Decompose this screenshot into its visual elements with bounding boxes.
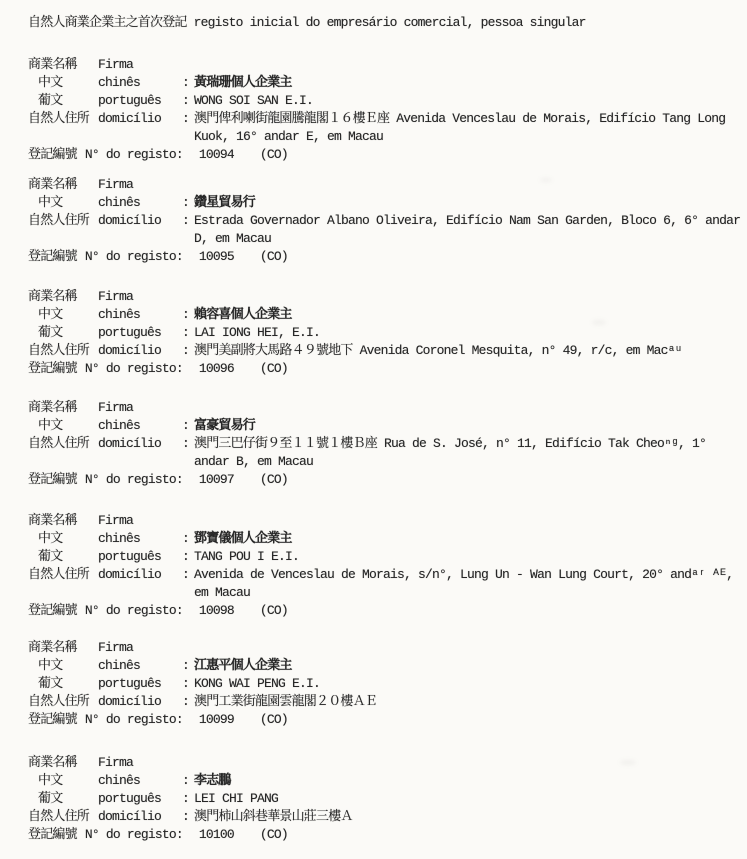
- colon: :: [182, 657, 194, 675]
- registry-number: 10097: [199, 471, 234, 489]
- chinese-label-pt: chinês: [98, 74, 182, 92]
- colon: :: [182, 212, 194, 230]
- registry-note: (CO): [260, 471, 288, 489]
- domicile-value: 澳門美副將大馬路４９號地下 Avenida Coronel Mesquita, …: [194, 342, 747, 360]
- registration-record: 商業名稱 Firma 中文 chinês : 江惠平個人企業主 葡文 portu…: [28, 639, 747, 729]
- colon: :: [182, 74, 194, 92]
- domicile-row: 自然人住所 domicílio : 澳門俾利喇街龍園騰龍閣１６樓Ｅ座 Aveni…: [28, 110, 747, 146]
- portuguese-name-value: KONG WAI PENG E.I.: [194, 675, 747, 693]
- business-name-label-zh: 商業名稱: [28, 754, 98, 772]
- domicile-row: 自然人住所 domicílio : 澳門美副將大馬路４９號地下 Avenida …: [28, 342, 747, 360]
- portuguese-name-row: 葡文 português : KONG WAI PENG E.I.: [28, 675, 747, 693]
- registry-label-pt: N° do registo:: [85, 711, 183, 729]
- portuguese-label-zh: 葡文: [28, 548, 98, 566]
- colon: :: [182, 417, 194, 435]
- registry-label-zh: 登記編號: [28, 711, 77, 729]
- domicile-label-zh: 自然人住所: [28, 212, 98, 230]
- colon: :: [182, 92, 194, 110]
- colon: :: [182, 110, 194, 128]
- domicile-label-zh: 自然人住所: [28, 110, 98, 128]
- domicile-value: 澳門俾利喇街龍園騰龍閣１６樓Ｅ座 Avenida Venceslau de Mo…: [194, 110, 747, 146]
- records-list: 商業名稱 Firma 中文 chinês : 黃瑞珊個人企業主 葡文 portu…: [28, 56, 747, 844]
- chinese-name-value: 黃瑞珊個人企業主: [194, 74, 747, 92]
- registry-label-zh: 登記編號: [28, 360, 77, 378]
- colon: :: [182, 693, 194, 711]
- chinese-name-row: 中文 chinês : 江惠平個人企業主: [28, 657, 747, 675]
- gazette-page: 自然人商業企業主之首次登記 registo inicial do empresá…: [0, 0, 747, 859]
- registry-row: 登記編號 N° do registo: 10096 (CO): [28, 360, 747, 378]
- portuguese-name-value: WONG SOI SAN E.I.: [194, 92, 747, 110]
- chinese-name-row: 中文 chinês : 鑽星貿易行: [28, 194, 747, 212]
- registration-record: 商業名稱 Firma 中文 chinês : 鄧寶儀個人企業主 葡文 portu…: [28, 512, 747, 620]
- domicile-label-pt: domicílio: [98, 808, 182, 826]
- domicile-value: Estrada Governador Albano Oliveira, Edif…: [194, 212, 747, 248]
- registry-number: 10099: [199, 711, 234, 729]
- domicile-row: 自然人住所 domicílio : Estrada Governador Alb…: [28, 212, 747, 248]
- colon: :: [182, 324, 194, 342]
- chinese-label-pt: chinês: [98, 417, 182, 435]
- registry-label-zh: 登記編號: [28, 471, 77, 489]
- colon: :: [182, 808, 194, 826]
- business-name-row: 商業名稱 Firma: [28, 288, 747, 306]
- chinese-name-row: 中文 chinês : 李志鵬: [28, 772, 747, 790]
- chinese-label-pt: chinês: [98, 772, 182, 790]
- domicile-value: 澳門工業街龍園雲龍閣２０樓ＡＥ: [194, 693, 747, 711]
- page-title: 自然人商業企業主之首次登記 registo inicial do empresá…: [28, 14, 747, 32]
- business-name-label-pt: Firma: [98, 754, 182, 772]
- chinese-name-value: 李志鵬: [194, 772, 747, 790]
- registry-label-pt: N° do registo:: [85, 360, 183, 378]
- registry-number: 10094: [199, 146, 234, 164]
- domicile-row: 自然人住所 domicílio : 澳門工業街龍園雲龍閣２０樓ＡＥ: [28, 693, 747, 711]
- domicile-label-zh: 自然人住所: [28, 693, 98, 711]
- chinese-label-zh: 中文: [28, 74, 98, 92]
- business-name-row: 商業名稱 Firma: [28, 512, 747, 530]
- registry-label-zh: 登記編號: [28, 826, 77, 844]
- chinese-name-row: 中文 chinês : 黃瑞珊個人企業主: [28, 74, 747, 92]
- chinese-label-zh: 中文: [28, 194, 98, 212]
- business-name-label-pt: Firma: [98, 56, 182, 74]
- registry-note: (CO): [260, 602, 288, 620]
- business-name-row: 商業名稱 Firma: [28, 56, 747, 74]
- registry-note: (CO): [260, 248, 288, 266]
- registry-label-pt: N° do registo:: [85, 471, 183, 489]
- portuguese-name-row: 葡文 português : WONG SOI SAN E.I.: [28, 92, 747, 110]
- business-name-label-zh: 商業名稱: [28, 56, 98, 74]
- domicile-value: 澳門三巴仔街９至１１號１樓Ｂ座 Rua de S. José, n° 11, E…: [194, 435, 747, 471]
- chinese-name-value: 鑽星貿易行: [194, 194, 747, 212]
- chinese-name-value: 富豪貿易行: [194, 417, 747, 435]
- registry-label-zh: 登記編號: [28, 248, 77, 266]
- portuguese-label-pt: português: [98, 548, 182, 566]
- registry-number: 10100: [199, 826, 234, 844]
- domicile-label-zh: 自然人住所: [28, 808, 98, 826]
- domicile-label-zh: 自然人住所: [28, 566, 98, 584]
- registry-note: (CO): [260, 146, 288, 164]
- chinese-name-row: 中文 chinês : 富豪貿易行: [28, 417, 747, 435]
- business-name-label-pt: Firma: [98, 176, 182, 194]
- registry-label-pt: N° do registo:: [85, 146, 183, 164]
- portuguese-name-value: LEI CHI PANG: [194, 790, 747, 808]
- business-name-label-zh: 商業名稱: [28, 399, 98, 417]
- business-name-label-pt: Firma: [98, 399, 182, 417]
- chinese-name-value: 賴容喜個人企業主: [194, 306, 747, 324]
- colon: :: [182, 566, 194, 584]
- registry-label-zh: 登記編號: [28, 602, 77, 620]
- portuguese-name-row: 葡文 português : TANG POU I E.I.: [28, 548, 747, 566]
- domicile-value: Avenida de Venceslau de Morais, s/n°, Lu…: [194, 566, 747, 602]
- registry-number: 10096: [199, 360, 234, 378]
- portuguese-label-pt: português: [98, 675, 182, 693]
- portuguese-label-pt: português: [98, 92, 182, 110]
- chinese-name-row: 中文 chinês : 鄧寶儀個人企業主: [28, 530, 747, 548]
- portuguese-label-zh: 葡文: [28, 790, 98, 808]
- registry-number: 10095: [199, 248, 234, 266]
- chinese-label-pt: chinês: [98, 530, 182, 548]
- chinese-label-zh: 中文: [28, 530, 98, 548]
- registry-label-pt: N° do registo:: [85, 248, 183, 266]
- registry-row: 登記編號 N° do registo: 10094 (CO): [28, 146, 747, 164]
- business-name-row: 商業名稱 Firma: [28, 176, 747, 194]
- business-name-row: 商業名稱 Firma: [28, 399, 747, 417]
- colon: :: [182, 675, 194, 693]
- domicile-label-pt: domicílio: [98, 212, 182, 230]
- registration-record: 商業名稱 Firma 中文 chinês : 黃瑞珊個人企業主 葡文 portu…: [28, 56, 747, 164]
- chinese-label-zh: 中文: [28, 657, 98, 675]
- domicile-row: 自然人住所 domicílio : 澳門三巴仔街９至１１號１樓Ｂ座 Rua de…: [28, 435, 747, 471]
- colon: :: [182, 435, 194, 453]
- domicile-label-pt: domicílio: [98, 566, 182, 584]
- registration-record: 商業名稱 Firma 中文 chinês : 鑽星貿易行 自然人住所 domic…: [28, 176, 747, 266]
- domicile-label-zh: 自然人住所: [28, 342, 98, 360]
- chinese-label-zh: 中文: [28, 306, 98, 324]
- business-name-label-pt: Firma: [98, 639, 182, 657]
- business-name-label-zh: 商業名稱: [28, 639, 98, 657]
- chinese-name-value: 鄧寶儀個人企業主: [194, 530, 747, 548]
- colon: :: [182, 342, 194, 360]
- portuguese-label-zh: 葡文: [28, 675, 98, 693]
- portuguese-name-value: TANG POU I E.I.: [194, 548, 747, 566]
- registration-record: 商業名稱 Firma 中文 chinês : 富豪貿易行 自然人住所 domic…: [28, 399, 747, 489]
- chinese-label-pt: chinês: [98, 306, 182, 324]
- registry-row: 登記編號 N° do registo: 10097 (CO): [28, 471, 747, 489]
- domicile-label-pt: domicílio: [98, 693, 182, 711]
- domicile-label-zh: 自然人住所: [28, 435, 98, 453]
- registry-number: 10098: [199, 602, 234, 620]
- colon: :: [182, 530, 194, 548]
- colon: :: [182, 548, 194, 566]
- domicile-label-pt: domicílio: [98, 342, 182, 360]
- registry-row: 登記編號 N° do registo: 10098 (CO): [28, 602, 747, 620]
- portuguese-name-row: 葡文 português : LAI IONG HEI, E.I.: [28, 324, 747, 342]
- registry-label-pt: N° do registo:: [85, 602, 183, 620]
- colon: :: [182, 772, 194, 790]
- registry-row: 登記編號 N° do registo: 10099 (CO): [28, 711, 747, 729]
- business-name-row: 商業名稱 Firma: [28, 754, 747, 772]
- domicile-row: 自然人住所 domicílio : 澳門柿山斜巷華景山莊三樓Ａ: [28, 808, 747, 826]
- registry-note: (CO): [260, 360, 288, 378]
- colon: :: [182, 306, 194, 324]
- chinese-label-zh: 中文: [28, 772, 98, 790]
- domicile-value: 澳門柿山斜巷華景山莊三樓Ａ: [194, 808, 747, 826]
- portuguese-label-zh: 葡文: [28, 92, 98, 110]
- registration-record: 商業名稱 Firma 中文 chinês : 李志鵬 葡文 português …: [28, 754, 747, 844]
- portuguese-name-value: LAI IONG HEI, E.I.: [194, 324, 747, 342]
- registration-record: 商業名稱 Firma 中文 chinês : 賴容喜個人企業主 葡文 portu…: [28, 288, 747, 378]
- colon: :: [182, 194, 194, 212]
- portuguese-name-row: 葡文 português : LEI CHI PANG: [28, 790, 747, 808]
- chinese-label-pt: chinês: [98, 657, 182, 675]
- registry-label-pt: N° do registo:: [85, 826, 183, 844]
- business-name-row: 商業名稱 Firma: [28, 639, 747, 657]
- colon: :: [182, 790, 194, 808]
- domicile-row: 自然人住所 domicílio : Avenida de Venceslau d…: [28, 566, 747, 602]
- registry-row: 登記編號 N° do registo: 10095 (CO): [28, 248, 747, 266]
- business-name-label-zh: 商業名稱: [28, 512, 98, 530]
- business-name-label-zh: 商業名稱: [28, 288, 98, 306]
- business-name-label-zh: 商業名稱: [28, 176, 98, 194]
- chinese-name-value: 江惠平個人企業主: [194, 657, 747, 675]
- portuguese-label-pt: português: [98, 324, 182, 342]
- chinese-label-pt: chinês: [98, 194, 182, 212]
- portuguese-label-zh: 葡文: [28, 324, 98, 342]
- chinese-label-zh: 中文: [28, 417, 98, 435]
- registry-row: 登記編號 N° do registo: 10100 (CO): [28, 826, 747, 844]
- chinese-name-row: 中文 chinês : 賴容喜個人企業主: [28, 306, 747, 324]
- domicile-label-pt: domicílio: [98, 110, 182, 128]
- portuguese-label-pt: português: [98, 790, 182, 808]
- registry-note: (CO): [260, 826, 288, 844]
- registry-label-zh: 登記編號: [28, 146, 77, 164]
- business-name-label-pt: Firma: [98, 512, 182, 530]
- domicile-label-pt: domicílio: [98, 435, 182, 453]
- business-name-label-pt: Firma: [98, 288, 182, 306]
- registry-note: (CO): [260, 711, 288, 729]
